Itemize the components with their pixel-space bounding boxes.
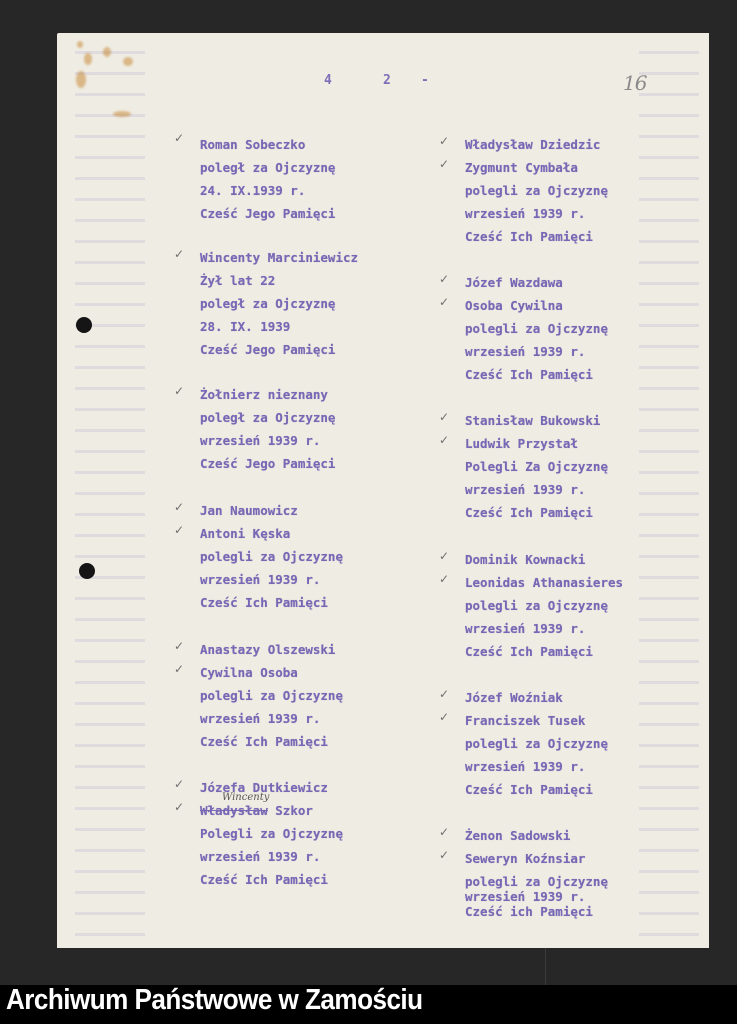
entry-line: wrzesień 1939 r. [200, 568, 343, 591]
entry-line: wrzesień 1939 r. [465, 478, 608, 501]
entry-name: ✓Antoni Kęska [200, 522, 343, 545]
entry-name: ✓Seweryn Koźnsiar [465, 847, 608, 874]
entry-name: ✓Leonidas Athanasieres [465, 571, 623, 594]
entry-line: Cześć Ich Pamięci [200, 591, 343, 614]
stain-mark [77, 41, 83, 48]
entry-name: ✓WincentyWładysław Szkor [200, 799, 343, 822]
check-mark-icon: ✓ [174, 658, 184, 681]
entry-line: polegli za Ojczyznę [465, 874, 608, 889]
entry-line: wrzesień 1939 r. [200, 429, 335, 452]
entry-line: Cześć Ich Pamięci [465, 501, 608, 524]
check-mark-icon: ✓ [439, 706, 449, 729]
entry-line: Cześć Ich Pamięci [200, 868, 343, 891]
entry-line: polegli za Ojczyznę [200, 684, 343, 707]
check-mark-icon: ✓ [439, 268, 449, 291]
page-dash: - [421, 73, 429, 88]
entry-name: ✓Osoba Cywilna [465, 294, 608, 317]
entry-line: Cześć Ich Pamięci [465, 778, 608, 801]
check-mark-icon: ✓ [439, 130, 449, 153]
entry-name: ✓Józef Wazdawa [465, 271, 608, 294]
entry-line: 24. IX.1939 r. [200, 179, 335, 202]
check-mark-icon: ✓ [174, 635, 184, 658]
entry-name: ✓Roman Sobeczko [200, 133, 335, 156]
entry-line: Cześć Ich Pamięci [465, 225, 608, 248]
check-mark-icon: ✓ [174, 519, 184, 542]
memorial-entry: ✓Dominik Kownacki ✓Leonidas Athanasieres… [465, 548, 623, 663]
entry-name: ✓Władysław Dziedzic [465, 133, 608, 156]
entry-line: Żył lat 22 [200, 269, 358, 292]
memorial-entry: ✓Józefa Dutkiewicz ✓WincentyWładysław Sz… [200, 776, 343, 891]
entry-line: polegli za Ojczyznę [200, 545, 343, 568]
check-mark-icon: ✓ [174, 243, 184, 266]
entry-line: Cześć Ich Pamięci [465, 363, 608, 386]
check-mark-icon: ✓ [439, 291, 449, 314]
memorial-entry: ✓Żenon Sadowski ✓Seweryn Koźnsiar polegl… [465, 824, 608, 919]
entry-line: Cześć Jego Pamięci [200, 452, 335, 475]
check-mark-icon: ✓ [439, 406, 449, 429]
scan-seam [545, 948, 546, 985]
check-mark-icon: ✓ [439, 568, 449, 591]
entry-name: ✓Ludwik Przystał [465, 432, 608, 455]
entry-name: ✓Stanisław Bukowski [465, 409, 608, 432]
check-mark-icon: ✓ [174, 496, 184, 519]
entry-line: polegli za Ojczyznę [465, 732, 608, 755]
entry-name: ✓Dominik Kownacki [465, 548, 623, 571]
entry-line: wrzesień 1939 r. [465, 340, 608, 363]
entry-line: poległ za Ojczyznę [200, 156, 335, 179]
entry-name: ✓Żenon Sadowski [465, 824, 608, 847]
memorial-entry: ✓Żołnierz nieznany poległ za Ojczyznę wr… [200, 383, 335, 475]
entry-line: wrzesień 1939 r. [465, 617, 623, 640]
stain-mark [84, 53, 92, 65]
check-mark-icon: ✓ [439, 429, 449, 452]
entry-line: Cześć Jego Pamięci [200, 338, 358, 361]
entry-line: polegli za Ojczyznę [465, 317, 608, 340]
memorial-entry: ✓Roman Sobeczko poległ za Ojczyznę 24. I… [200, 133, 335, 225]
document-page: 4 2 - 16 ✓Roman Sobeczko poległ za Ojczy… [57, 33, 709, 948]
check-mark-icon: ✓ [439, 844, 449, 867]
memorial-entry: ✓Józef Woźniak ✓Franciszek Tusek polegli… [465, 686, 608, 801]
entry-name: ✓Jan Naumowicz [200, 499, 343, 522]
check-mark-icon: ✓ [439, 153, 449, 176]
archive-footer: Archiwum Państwowe w Zamościu [0, 985, 737, 1024]
entry-line: wrzesień 1939 r. [465, 889, 608, 904]
entry-line: 28. IX. 1939 [200, 315, 358, 338]
entry-line: polegli za Ojczyznę [465, 179, 608, 202]
entry-line: poległ za Ojczyznę [200, 406, 335, 429]
memorial-entry: ✓Wincenty Marciniewicz Żył lat 22 poległ… [200, 246, 358, 361]
stain-mark [76, 71, 86, 88]
entry-name: ✓Franciszek Tusek [465, 709, 608, 732]
entry-line: wrzesień 1939 r. [465, 755, 608, 778]
memorial-entry: ✓Anastazy Olszewski ✓Cywilna Osoba poleg… [200, 638, 343, 753]
check-mark-icon: ✓ [439, 683, 449, 706]
entry-name: ✓Józef Woźniak [465, 686, 608, 709]
entry-name: ✓Żołnierz nieznany [200, 383, 335, 406]
bleed-through-left [75, 33, 145, 948]
entry-line: wrzesień 1939 r. [200, 707, 343, 730]
archive-name: Archiwum Państwowe w Zamościu [6, 984, 423, 1017]
stain-mark [103, 47, 111, 57]
entry-name: ✓Anastazy Olszewski [200, 638, 343, 661]
entry-line: Polegli za Ojczyznę [200, 822, 343, 845]
stain-mark [123, 57, 133, 66]
memorial-entry: ✓Jan Naumowicz ✓Antoni Kęska polegli za … [200, 499, 343, 614]
entry-line: polegli za Ojczyznę [465, 594, 623, 617]
entry-name: ✓Zygmunt Cymbała [465, 156, 608, 179]
handwritten-correction: Wincenty [222, 786, 269, 809]
punch-hole [79, 563, 95, 579]
memorial-entry: ✓Stanisław Bukowski ✓Ludwik Przystał Pol… [465, 409, 608, 524]
check-mark-icon: ✓ [174, 773, 184, 796]
punch-hole [76, 317, 92, 333]
memorial-entry: ✓Józef Wazdawa ✓Osoba Cywilna polegli za… [465, 271, 608, 386]
check-mark-icon: ✓ [439, 545, 449, 568]
entry-line: Cześć ich Pamięci [465, 904, 608, 919]
check-mark-icon: ✓ [439, 821, 449, 844]
stain-mark [113, 111, 131, 117]
entry-line: wrzesień 1939 r. [465, 202, 608, 225]
entry-line: Cześć Ich Pamięci [200, 730, 343, 753]
folio-number: 16 [623, 71, 646, 95]
entry-line: Cześć Jego Pamięci [200, 202, 335, 225]
check-mark-icon: ✓ [174, 127, 184, 150]
page-number: 2 [383, 73, 391, 88]
entry-line: poległ za Ojczyznę [200, 292, 358, 315]
memorial-entry: ✓Władysław Dziedzic ✓Zygmunt Cymbała pol… [465, 133, 608, 248]
entry-line: Polegli Za Ojczyznę [465, 455, 608, 478]
entry-name: ✓Cywilna Osoba [200, 661, 343, 684]
entry-line: wrzesień 1939 r. [200, 845, 343, 868]
page-mark: 4 [324, 73, 332, 88]
entry-name: ✓Wincenty Marciniewicz [200, 246, 358, 269]
bleed-through-right [639, 33, 699, 948]
check-mark-icon: ✓ [174, 380, 184, 403]
entry-line: Cześć Ich Pamięci [465, 640, 623, 663]
check-mark-icon: ✓ [174, 796, 184, 819]
